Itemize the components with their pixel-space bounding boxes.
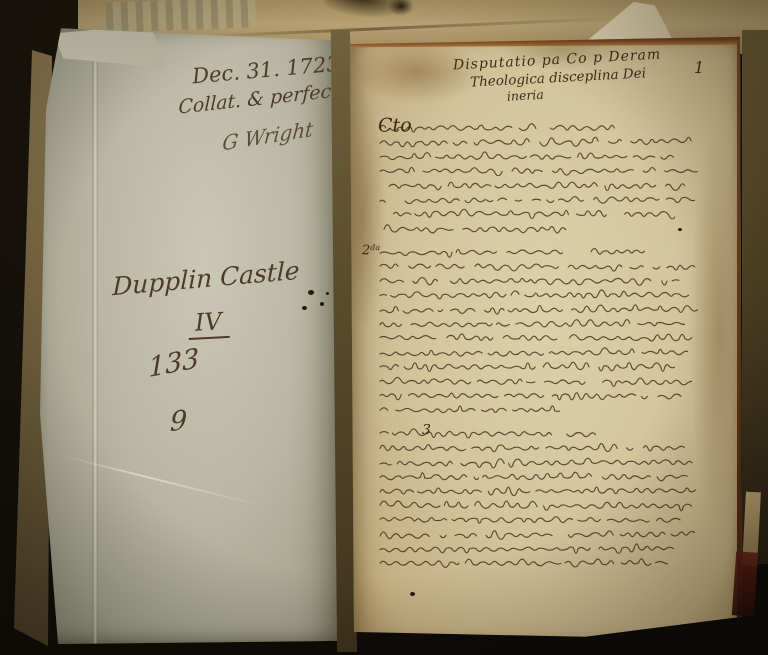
handwriting-line <box>378 422 596 438</box>
protruding-page-corner <box>583 2 675 44</box>
fore-edge-background <box>742 30 768 564</box>
manuscript-line <box>378 147 726 162</box>
left-flyleaf-page: Dec. 31. 1723 Collat. & perfect G Wright… <box>40 22 340 644</box>
page-number: 1 <box>694 58 704 77</box>
body-text-block: Cto2da3 <box>378 118 726 568</box>
title-inscription: Dupplin Castle <box>112 256 300 302</box>
ink-smudge <box>388 0 414 16</box>
paragraph-marker: 2da <box>362 244 370 257</box>
manuscript-paragraph: 2da <box>378 242 726 415</box>
manuscript-line <box>378 218 726 233</box>
handwriting-line <box>378 146 675 161</box>
manuscript-paragraph: Cto <box>378 118 726 233</box>
handwriting-line <box>378 357 675 372</box>
right-manuscript-page: Disputatio pa Co p Deram Theologica disc… <box>350 32 742 638</box>
page-crease <box>92 22 98 644</box>
manuscript-line <box>378 161 726 176</box>
handwriting-line <box>378 553 668 569</box>
handwriting-line <box>378 255 695 272</box>
red-cover-sliver <box>732 551 758 616</box>
ink-speck <box>302 306 307 310</box>
roman-numeral: IV <box>187 307 229 340</box>
handwriting-line <box>378 218 569 233</box>
ink-speck <box>326 292 329 295</box>
handwriting-line <box>378 509 682 525</box>
item-number: 9 <box>170 405 188 438</box>
manuscript-line <box>378 400 726 415</box>
manuscript-line <box>378 538 726 553</box>
manuscript-line <box>378 357 726 372</box>
signature: G Wright <box>221 117 314 156</box>
manuscript-line <box>378 255 726 272</box>
manuscript-line <box>378 553 726 568</box>
handwriting-line <box>378 400 560 415</box>
ink-speck <box>320 302 324 306</box>
manuscript-paragraph: 3 <box>378 424 726 568</box>
shelf-number: 133 <box>148 343 199 384</box>
handwriting-line <box>378 204 675 219</box>
ink-speck <box>678 228 682 231</box>
ink-speck <box>308 290 314 295</box>
manuscript-line <box>378 204 726 219</box>
ink-speck <box>410 592 415 596</box>
manuscript-line <box>378 438 726 453</box>
flyleaf-edges <box>106 0 257 33</box>
manuscript-line <box>378 131 726 148</box>
manuscript-line <box>378 271 726 286</box>
handwriting-line <box>378 161 698 176</box>
photo-open-manuscript-book: Dec. 31. 1723 Collat. & perfect G Wright… <box>0 0 768 655</box>
handwriting-line <box>378 437 685 453</box>
